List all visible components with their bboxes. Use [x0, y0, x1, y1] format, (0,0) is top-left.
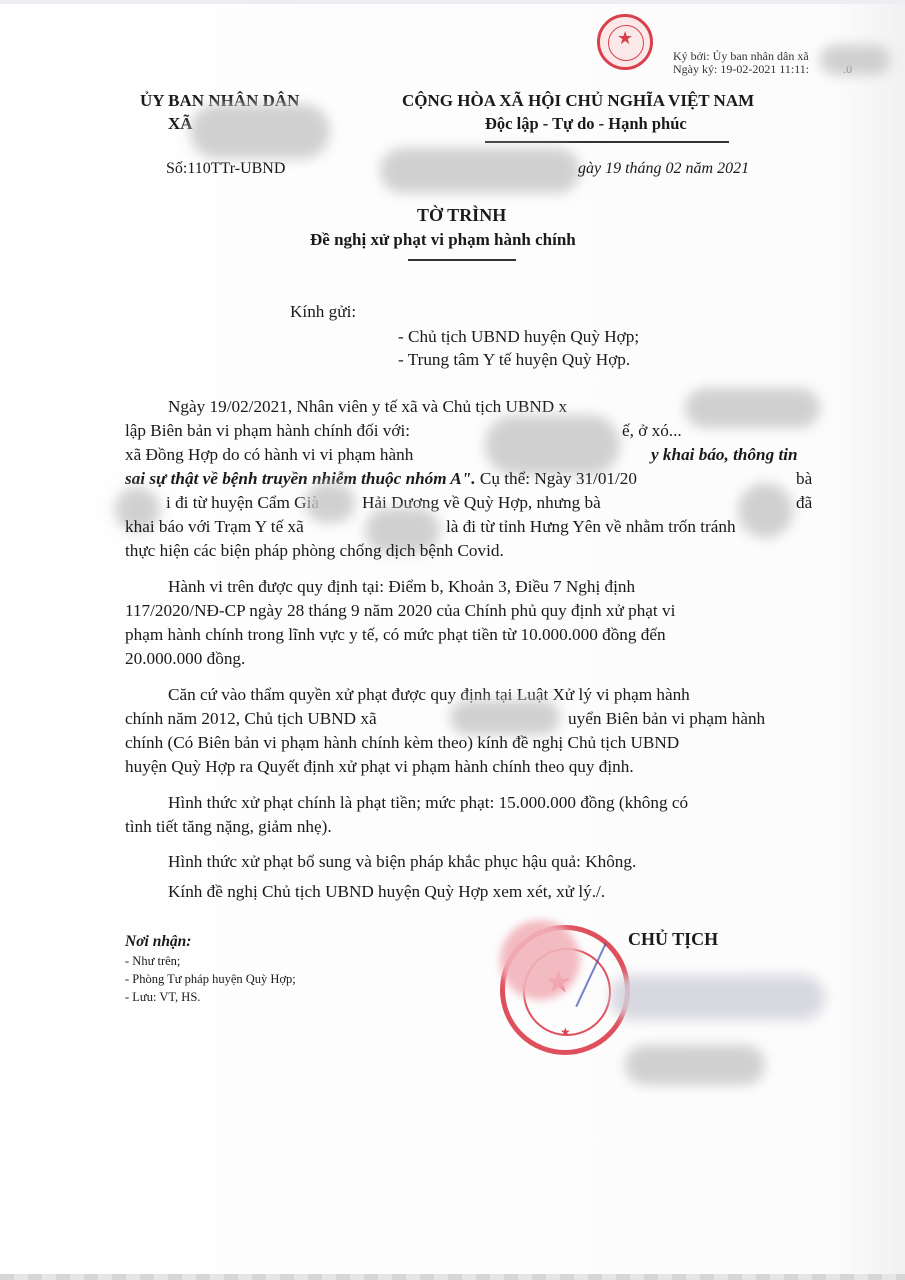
p2-line: 20.000.000 đồng.	[125, 647, 245, 671]
document-subtitle: Đề nghị xử phạt vi phạm hành chính	[310, 230, 576, 250]
redaction-blur	[685, 388, 820, 428]
document-page: ★ Ký bởi: Ủy ban nhân dân xã Ngày ký: 19…	[0, 0, 905, 1280]
redaction-blur	[305, 483, 355, 523]
recipient-item: - Như trên;	[125, 953, 180, 969]
p4-line: tình tiết tăng nặng, giảm nhẹ).	[125, 815, 332, 839]
p1-line: bà	[796, 467, 812, 491]
p1-line: thực hiện các biện pháp phòng chống dịch…	[125, 539, 504, 563]
p1-line: i đi từ huyện Cẩm Già	[166, 491, 319, 515]
redaction-blur	[610, 975, 825, 1020]
digital-seal-icon: ★	[597, 14, 653, 70]
nation-name: CỘNG HÒA XÃ HỘI CHỦ NGHĨA VIỆT NAM	[402, 91, 754, 111]
p1-line: ế, ở xó...	[622, 419, 682, 443]
p1-line: xã Đồng Hợp do có hành vi vi phạm hành	[125, 443, 413, 467]
redaction-blur	[485, 415, 620, 475]
p1-line: đã	[796, 491, 812, 515]
recipient-item: - Lưu: VT, HS.	[125, 989, 200, 1005]
redaction-blur	[738, 483, 793, 538]
redaction-blur	[380, 148, 580, 193]
top-edge	[0, 0, 905, 4]
recipient-item: - Phòng Tư pháp huyện Quỳ Hợp;	[125, 971, 296, 987]
bottom-edge	[0, 1274, 905, 1280]
addressee-item: - Chủ tịch UBND huyện Quỳ Hợp;	[398, 325, 639, 349]
title-underline	[408, 259, 516, 261]
p1-line: Cụ thể: Ngày 31/01/20	[476, 469, 637, 488]
signed-date: Ngày ký: 19-02-2021 11:11:	[673, 62, 809, 76]
redaction-blur	[820, 45, 890, 75]
p3-line: chính năm 2012, Chủ tịch UBND xã	[125, 707, 377, 731]
stamp-redaction	[500, 920, 580, 1000]
motto-underline	[485, 141, 729, 143]
p5-line: Hình thức xử phạt bổ sung và biện pháp k…	[168, 850, 636, 874]
redaction-blur	[190, 104, 330, 159]
p2-line: Hành vi trên được quy định tại: Điểm b, …	[168, 575, 635, 599]
addressee-label: Kính gửi:	[290, 300, 356, 324]
p1-line: khai báo với Trạm Y tế xã	[125, 515, 304, 539]
addressee-item: - Trung tâm Y tế huyện Quỳ Hợp.	[398, 348, 630, 372]
document-date: gày 19 tháng 02 năm 2021	[578, 160, 749, 178]
p3-line: uyển Biên bản vi phạm hành	[568, 707, 765, 731]
signer-title: CHỦ TỊCH	[628, 929, 718, 950]
p1-line: lập Biên bản vi phạm hành chính đối với:	[125, 419, 410, 443]
p3-line: huyện Quỳ Hợp ra Quyết định xử phạt vi p…	[125, 755, 634, 779]
p1-line: là đi từ tỉnh Hưng Yên về nhằm trốn trán…	[446, 515, 736, 539]
p2-line: 117/2020/NĐ-CP ngày 28 tháng 9 năm 2020 …	[125, 599, 675, 623]
p4-line: Hình thức xử phạt chính là phạt tiền; mứ…	[168, 791, 688, 815]
p6-line: Kính đề nghị Chủ tịch UBND huyện Quỳ Hợp…	[168, 880, 605, 904]
p1-line: y khai báo, thông tin	[651, 443, 798, 467]
p1-emphasis: sai sự thật về bệnh truyền nhiễm thuộc n…	[125, 469, 476, 488]
document-title: TỜ TRÌNH	[417, 205, 506, 226]
national-motto: Độc lập - Tự do - Hạnh phúc	[485, 114, 687, 134]
agency-commune: XÃ	[168, 114, 193, 134]
p2-line: phạm hành chính trong lĩnh vực y tế, có …	[125, 623, 666, 647]
document-number: Số:110TTr-UBND	[166, 160, 285, 178]
redaction-blur	[450, 700, 560, 735]
p3-line: chính (Có Biên bản vi phạm hành chính kè…	[125, 731, 679, 755]
p3-line: Căn cứ vào thẩm quyền xử phạt được quy đ…	[168, 683, 690, 707]
recipients-label: Nơi nhận:	[125, 933, 191, 951]
redaction-blur	[625, 1045, 765, 1085]
